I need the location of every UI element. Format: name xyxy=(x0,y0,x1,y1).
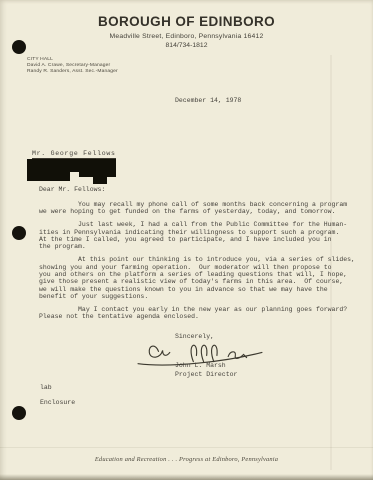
paragraph: You may recall my phone call of some mon… xyxy=(39,201,365,216)
office-assistant-manager: Randy R. Sanders, Asst. Sec.-Manager xyxy=(27,69,118,75)
signer-name: John L. Marsh xyxy=(175,362,226,369)
paragraph: At this point our thinking is to introdu… xyxy=(39,256,365,300)
paragraph: Just last week, I had a call from the Pu… xyxy=(39,221,365,251)
letterhead-org-name: BOROUGH OF EDINBORO xyxy=(0,14,373,29)
redaction-box xyxy=(27,159,116,172)
enclosure-note: Enclosure xyxy=(40,399,75,406)
signer-title: Project Director xyxy=(175,371,237,378)
letter-date: December 14, 1978 xyxy=(175,97,241,104)
fold-crease-horizontal xyxy=(0,447,373,448)
redaction-box xyxy=(93,176,107,184)
paragraph: May I contact you early in the new year … xyxy=(39,306,365,321)
letter-body: You may recall my phone call of some mon… xyxy=(39,201,365,326)
hole-punch-mark xyxy=(12,406,26,420)
letterhead-office-block: CITY HALL David A. Crawe, Secretary-Mana… xyxy=(27,57,118,75)
letterhead-address: Meadville Street, Edinboro, Pennsylvania… xyxy=(0,33,373,40)
typist-initials: lab xyxy=(40,384,52,391)
recipient-name: Mr. George Fellows xyxy=(32,150,116,159)
scanned-letter-page: BOROUGH OF EDINBORO Meadville Street, Ed… xyxy=(0,0,373,480)
salutation: Dear Mr. Fellows: xyxy=(39,186,105,193)
fold-crease-vertical xyxy=(330,55,332,470)
footer-motto: Education and Recreation . . . Progress … xyxy=(0,456,373,463)
redaction-box xyxy=(27,172,70,181)
hole-punch-mark xyxy=(12,226,26,240)
scan-bottom-edge xyxy=(0,474,373,480)
letterhead-phone: 814/734-1812 xyxy=(0,42,373,49)
